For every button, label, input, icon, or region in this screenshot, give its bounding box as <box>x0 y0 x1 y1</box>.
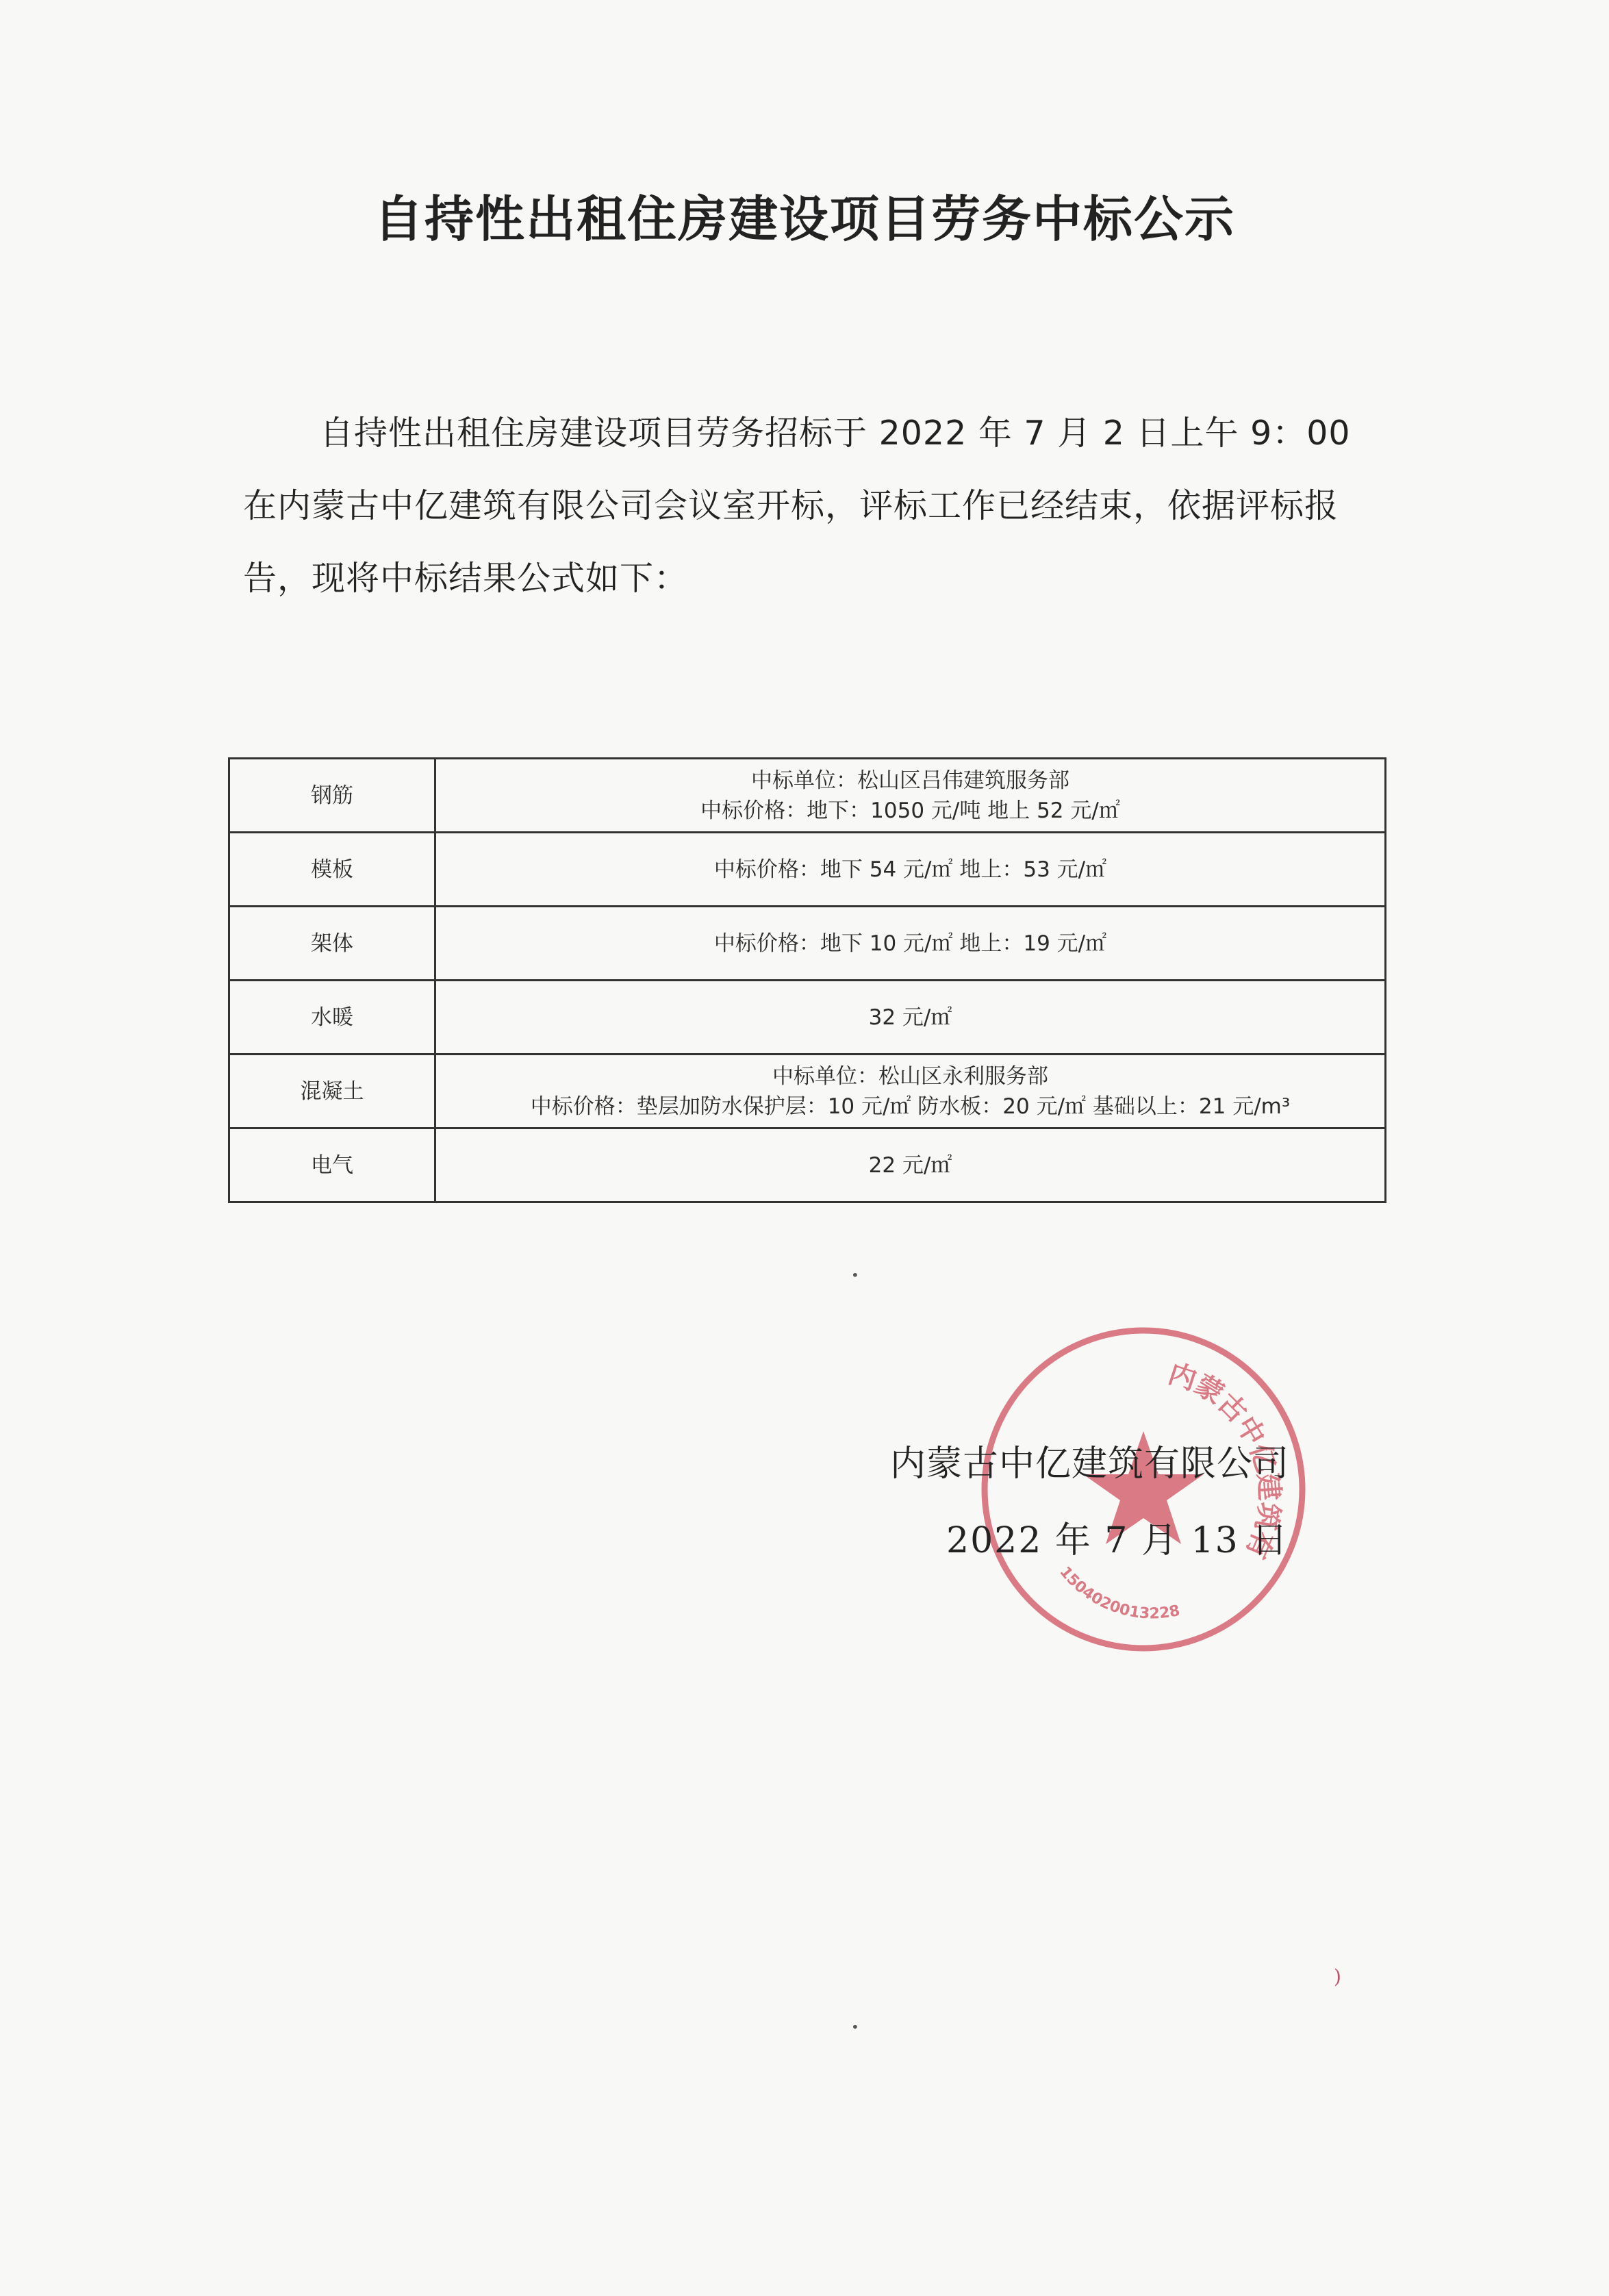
item-detail: 中标价格：地下 54 元/㎡ 地上：53 元/㎡ <box>435 833 1386 907</box>
detail-line: 中标单位：松山区吕伟建筑服务部 <box>436 766 1384 796</box>
item-name: 钢筋 <box>229 759 435 833</box>
table-row: 架体 中标价格：地下 10 元/㎡ 地上：19 元/㎡ <box>229 907 1386 981</box>
detail-line: 32 元/㎡ <box>436 1002 1384 1033</box>
item-detail: 32 元/㎡ <box>435 981 1386 1055</box>
item-name: 架体 <box>229 907 435 981</box>
item-detail: 中标单位：松山区永利服务部 中标价格：垫层加防水保护层：10 元/㎡ 防水板：2… <box>435 1055 1386 1128</box>
svg-text:1504020013228: 1504020013228 <box>1056 1563 1181 1622</box>
item-detail: 中标价格：地下 10 元/㎡ 地上：19 元/㎡ <box>435 907 1386 981</box>
scan-speck: • <box>851 2019 859 2035</box>
item-name: 电气 <box>229 1128 435 1202</box>
intro-paragraph: 自持性出租住房建设项目劳务招标于 2022 年 7 月 2 日上午 9：00 在… <box>243 397 1366 615</box>
table-row: 混凝土 中标单位：松山区永利服务部 中标价格：垫层加防水保护层：10 元/㎡ 防… <box>229 1055 1386 1128</box>
scan-speck: • <box>851 1267 859 1283</box>
item-name: 模板 <box>229 833 435 907</box>
signing-company: 内蒙古中亿建筑有限公司 <box>890 1435 1289 1486</box>
company-seal-icon: 内蒙古中亿建筑有限公司 1504020013228 <box>972 1318 1315 1661</box>
detail-line: 中标价格：地下 10 元/㎡ 地上：19 元/㎡ <box>436 929 1384 959</box>
item-name: 混凝土 <box>229 1055 435 1128</box>
table-row: 电气 22 元/㎡ <box>229 1128 1386 1202</box>
bid-results-table: 钢筋 中标单位：松山区吕伟建筑服务部 中标价格：地下：1050 元/吨 地上 5… <box>228 757 1386 1203</box>
table-row: 水暖 32 元/㎡ <box>229 981 1386 1055</box>
seal-code: 1504020013228 <box>1056 1563 1181 1622</box>
detail-line: 中标价格：地下：1050 元/吨 地上 52 元/㎡ <box>436 796 1384 826</box>
table-row: 钢筋 中标单位：松山区吕伟建筑服务部 中标价格：地下：1050 元/吨 地上 5… <box>229 759 1386 833</box>
detail-line: 中标单位：松山区永利服务部 <box>436 1061 1384 1092</box>
ink-mark: ) <box>1334 1965 1341 1988</box>
document-page: 自持性出租住房建设项目劳务中标公示 自持性出租住房建设项目劳务招标于 2022 … <box>0 0 1609 2296</box>
table-row: 模板 中标价格：地下 54 元/㎡ 地上：53 元/㎡ <box>229 833 1386 907</box>
signing-date: 2022 年 7 月 13 日 <box>946 1511 1289 1563</box>
detail-line: 中标价格：垫层加防水保护层：10 元/㎡ 防水板：20 元/㎡ 基础以上：21 … <box>436 1092 1384 1122</box>
item-detail: 中标单位：松山区吕伟建筑服务部 中标价格：地下：1050 元/吨 地上 52 元… <box>435 759 1386 833</box>
item-detail: 22 元/㎡ <box>435 1128 1386 1202</box>
detail-line: 中标价格：地下 54 元/㎡ 地上：53 元/㎡ <box>436 855 1384 885</box>
detail-line: 22 元/㎡ <box>436 1150 1384 1181</box>
document-title: 自持性出租住房建设项目劳务中标公示 <box>0 179 1609 251</box>
item-name: 水暖 <box>229 981 435 1055</box>
